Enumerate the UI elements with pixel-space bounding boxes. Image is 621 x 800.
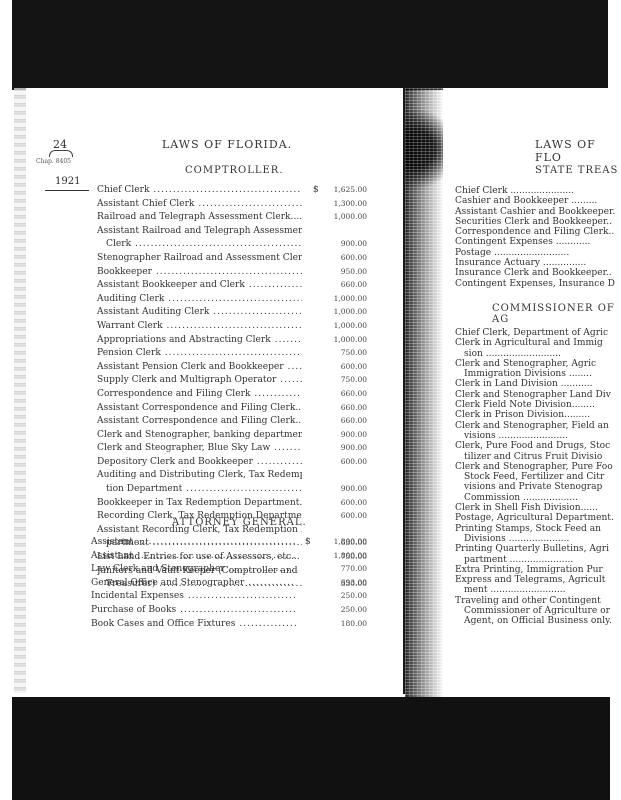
- entry-amount: 660.00: [341, 389, 367, 399]
- entry-label: Warrant Clerk: [97, 321, 302, 331]
- entry-amount: 900.00: [341, 430, 367, 440]
- entry-label: Express and Telegrams, Agricult: [455, 575, 605, 585]
- ledger-entry: Assistant Railroad and Telegraph Assessm…: [97, 226, 367, 240]
- ledger-entry: Cashier and Bookkeeper .........: [455, 196, 621, 206]
- entry-amount: 600.00: [341, 511, 367, 521]
- ledger-entry: Postage, Agricultural Department.: [455, 513, 621, 523]
- ledger-entry: Stenographer Railroad and Assessment Cle…: [97, 253, 367, 267]
- ledger-entry: Purchase of Books250.00: [91, 605, 367, 619]
- ledger-entry: Clerk and Stenographer, Pure Foo: [455, 462, 621, 472]
- ledger-entry-continuation: visions and Private Stenograp: [455, 482, 621, 492]
- ledger-entry: Railroad and Telegraph Assessment Clerk.…: [97, 212, 367, 226]
- entry-amount: 660.00: [341, 280, 367, 290]
- entry-label: Stenographer Railroad and Assessment Cle…: [97, 253, 302, 263]
- entry-amount: 600.00: [341, 253, 367, 263]
- ledger-entry: Contingent Expenses, Insurance D: [455, 279, 621, 289]
- ledger-entry-continuation: Stock Feed, Fertilizer and Citr: [455, 472, 621, 482]
- ledger-entry: Assistant Pension Clerk and Bookkeeper60…: [97, 362, 367, 376]
- entry-label: ment ..........................: [464, 585, 566, 595]
- ledger-entry: Express and Telegrams, Agricult: [455, 575, 621, 585]
- entry-label: Incidental Expenses: [91, 591, 296, 601]
- ledger-entry-continuation: Clerk900.00: [97, 239, 367, 253]
- entry-label: Assistant Bookkeeper and Clerk: [97, 280, 302, 290]
- entry-label: Commission ...................: [464, 493, 578, 503]
- ledger-entry: Assistant$1,800.00: [91, 537, 367, 551]
- ledger-entry: Assistant Cashier and Bookkeeper.: [455, 207, 621, 217]
- ledger-entry-continuation: sion ..........................: [455, 349, 621, 359]
- ledger-entry: Clerk and Stenographer, Field an: [455, 421, 621, 431]
- entry-label: Correspondence and Filing Clerk: [97, 389, 302, 399]
- scan-edge-strip: [14, 88, 26, 693]
- entry-amount: 250.00: [341, 591, 367, 601]
- entry-label: Clerk in Land Division ...........: [455, 379, 593, 389]
- entry-amount: 600.00: [341, 498, 367, 508]
- entry-label: Cashier and Bookkeeper .........: [455, 196, 597, 206]
- entry-label: Clerk in Prison Division.........: [455, 410, 590, 420]
- ledger-entry: Assistant Correspondence and Filing Cler…: [97, 403, 367, 417]
- ledger-entry: Bookkeeper950.00: [97, 267, 367, 281]
- entry-label: Clerk and Stenographer Land Div: [455, 390, 611, 400]
- entry-label: Contingent Expenses ............: [455, 237, 590, 247]
- entry-label: Assistant: [91, 551, 296, 561]
- ledger-entry: Supply Clerk and Multigraph Operator750.…: [97, 375, 367, 389]
- year-note: 1921: [55, 176, 80, 187]
- entry-label: Assistant Correspondence and Filing Cler…: [97, 416, 302, 426]
- ledger-entry: Correspondence and Filing Clerk..: [455, 227, 621, 237]
- entry-amount: 660.00: [341, 416, 367, 426]
- ledger-entry: Appropriations and Abstracting Clerk1,00…: [97, 335, 367, 349]
- ledger-entry: Book Cases and Office Fixtures180.00: [91, 619, 367, 633]
- ledger-entry: Extra Printing, Immigration Pur: [455, 565, 621, 575]
- chapter-note: Chap. 8405: [36, 158, 71, 165]
- scan-border-top: [12, 0, 608, 90]
- entry-amount: 900.00: [341, 443, 367, 453]
- ledger-entry: Printing Stamps, Stock Feed an: [455, 524, 621, 534]
- entry-label: Appropriations and Abstracting Clerk: [97, 335, 302, 345]
- entry-amount: 1,800.00: [334, 537, 367, 547]
- ledger-entry: Insurance Actuary ...............: [455, 258, 621, 268]
- entry-label: Assistant: [91, 537, 296, 547]
- entry-amount: 180.00: [341, 619, 367, 629]
- running-head-right: LAWS OF FLO: [535, 138, 621, 164]
- ledger-entry: Clerk and Stenographer Land Div: [455, 390, 621, 400]
- ledger-entry: Assistant Auditing Clerk1,000.00: [97, 307, 367, 321]
- ledger-entry-continuation: Agent, on Official Business only.: [455, 616, 621, 626]
- entry-amount: 1,300.00: [334, 199, 367, 209]
- entry-amount: 250.00: [341, 605, 367, 615]
- ledger-entry: Clerk in Land Division ...........: [455, 379, 621, 389]
- entry-label: Assistant Chief Clerk: [97, 199, 302, 209]
- entry-label: Clerk in Shell Fish Division......: [455, 503, 598, 513]
- entry-label-continuation: tion Department: [106, 484, 302, 494]
- entry-label: Law Clerk and Stenographer: [91, 564, 296, 574]
- ledger-entry-continuation: ment ..........................: [455, 585, 621, 595]
- entry-amount: 1,000.00: [334, 294, 367, 304]
- entry-amount: 900.00: [341, 484, 367, 494]
- ledger-entry: Contingent Expenses ............: [455, 237, 621, 247]
- ledger-entry: Assistant Bookkeeper and Clerk660.00: [97, 280, 367, 294]
- entry-label: Securities Clerk and Bookkeeper..: [455, 217, 612, 227]
- entry-label: Extra Printing, Immigration Pur: [455, 565, 603, 575]
- entry-label: Insurance Actuary ...............: [455, 258, 586, 268]
- ledger-entry: Clerk in Shell Fish Division......: [455, 503, 621, 513]
- ledger-entry-continuation: tion Department900.00: [97, 484, 367, 498]
- entry-label: Auditing Clerk: [97, 294, 302, 304]
- entry-label: Insurance Clerk and Bookkeeper..: [455, 268, 612, 278]
- entry-label: Clerk, Pure Food and Drugs, Stoc: [455, 441, 610, 451]
- entry-label: Clerk and Stenographer, Pure Foo: [455, 462, 613, 472]
- ledger-entry: Printing Quarterly Bulletins, Agri: [455, 544, 621, 554]
- entry-label-continuation: Clerk: [106, 239, 302, 249]
- entry-amount: 1,000.00: [334, 212, 367, 222]
- scan-border-bottom: [12, 697, 610, 800]
- ledger-entry: Incidental Expenses250.00: [91, 591, 367, 605]
- ledger-entry: Auditing and Distributing Clerk, Tax Red…: [97, 470, 367, 484]
- section-heading-commissioner-agriculture: COMMISSIONER OF AG: [492, 303, 621, 325]
- ledger-entry-continuation: Divisions .....................: [455, 534, 621, 544]
- ledger-entry-continuation: tilizer and Citrus Fruit Divisio: [455, 452, 621, 462]
- entry-amount: 750.00: [341, 348, 367, 358]
- ledger-entry-continuation: partment ......................: [455, 555, 621, 565]
- entry-label: Assistant Pension Clerk and Bookkeeper: [97, 362, 302, 372]
- entry-label: Railroad and Telegraph Assessment Clerk.…: [97, 212, 302, 222]
- entry-amount: 600.00: [341, 457, 367, 467]
- entry-label: visions and Private Stenograp: [464, 482, 602, 492]
- ledger-entry-continuation: visions ........................: [455, 431, 621, 441]
- ledger-entry: Depository Clerk and Bookkeeper600.00: [97, 457, 367, 471]
- ledger-entry-continuation: Immigration Divisions ........: [455, 369, 621, 379]
- comptroller-entries: Chief Clerk$1,625.00Assistant Chief Cler…: [97, 185, 367, 593]
- entry-label: Contingent Expenses, Insurance D: [455, 279, 615, 289]
- ledger-entry: Assistant Chief Clerk1,300.00: [97, 199, 367, 213]
- ledger-entry: Clerk and Steographer, Blue Sky Law900.0…: [97, 443, 367, 457]
- entry-label: Printing Quarterly Bulletins, Agri: [455, 544, 609, 554]
- section-heading-attorney-general: ATTORNEY GENERAL.: [172, 517, 307, 528]
- entry-label: Clerk and Stenographer, Agric: [455, 359, 596, 369]
- ledger-entry-continuation: Commission ...................: [455, 493, 621, 503]
- ledger-entry-continuation: Commissioner of Agriculture or: [455, 606, 621, 616]
- entry-label: Bookkeeper: [97, 267, 302, 277]
- entry-label: Supply Clerk and Multigraph Operator: [97, 375, 302, 385]
- entry-label: Assistant Correspondence and Filing Cler…: [97, 403, 302, 413]
- entry-label: Correspondence and Filing Clerk..: [455, 227, 614, 237]
- ledger-entry: Postage ..........................: [455, 248, 621, 258]
- ledger-entry: Chief Clerk, Department of Agric: [455, 328, 621, 338]
- ledger-entry: Assistant1,800.00: [91, 551, 367, 565]
- entry-label: Clerk and Steographer, Blue Sky Law: [97, 443, 302, 453]
- entry-label: Auditing and Distributing Clerk, Tax Red…: [97, 470, 302, 480]
- agriculture-entries: Chief Clerk, Department of AgricClerk in…: [455, 328, 621, 627]
- ledger-entry: Clerk and Stenographer, Agric: [455, 359, 621, 369]
- ledger-entry: Auditing Clerk1,000.00: [97, 294, 367, 308]
- entry-label: Agent, on Official Business only.: [464, 616, 612, 626]
- ledger-entry: Clerk and Stenographer, banking departme…: [97, 430, 367, 444]
- book-gutter-shadow: [405, 88, 443, 698]
- ledger-entry: Pension Clerk750.00: [97, 348, 367, 362]
- entry-label: Chief Clerk: [97, 185, 302, 195]
- entry-amount: 600.00: [341, 362, 367, 372]
- ledger-entry: Chief Clerk ......................: [455, 186, 621, 196]
- ledger-entry: Chief Clerk$1,625.00: [97, 185, 367, 199]
- entry-label: Printing Stamps, Stock Feed an: [455, 524, 601, 534]
- running-head-left: LAWS OF FLORIDA.: [162, 138, 292, 151]
- entry-amount: 750.00: [341, 375, 367, 385]
- ledger-entry: Securities Clerk and Bookkeeper..: [455, 217, 621, 227]
- entry-label: Clerk and Stenographer, Field an: [455, 421, 609, 431]
- entry-label: Immigration Divisions ........: [464, 369, 592, 379]
- entry-label: Chief Clerk, Department of Agric: [455, 328, 608, 338]
- entry-label: General Office and Stenographer: [91, 578, 296, 588]
- entry-label: Assistant Cashier and Bookkeeper.: [455, 207, 615, 217]
- entry-label: Book Cases and Office Fixtures: [91, 619, 296, 629]
- entry-amount: 660.00: [341, 403, 367, 413]
- entry-amount: 1,625.00: [334, 185, 367, 195]
- ledger-entry: Clerk, Pure Food and Drugs, Stoc: [455, 441, 621, 451]
- entry-label: Bookkeeper in Tax Redemption Department.…: [97, 498, 302, 508]
- entry-label: Pension Clerk: [97, 348, 302, 358]
- dollar-sign: $: [313, 185, 319, 195]
- ledger-entry: Insurance Clerk and Bookkeeper..: [455, 268, 621, 278]
- section-heading-comptroller: COMPTROLLER.: [185, 165, 284, 176]
- entry-amount: 950.00: [341, 267, 367, 277]
- entry-amount: 900.00: [341, 239, 367, 249]
- ledger-entry: Law Clerk and Stenographer770.00: [91, 564, 367, 578]
- entry-label: Depository Clerk and Bookkeeper: [97, 457, 302, 467]
- ledger-entry: Correspondence and Filing Clerk660.00: [97, 389, 367, 403]
- entry-label: Clerk and Stenographer, banking departme…: [97, 430, 302, 440]
- entry-label: Stock Feed, Fertilizer and Citr: [464, 472, 604, 482]
- entry-label: sion ..........................: [464, 349, 561, 359]
- margin-rule: [45, 190, 89, 191]
- dollar-sign: $: [305, 537, 311, 547]
- entry-amount: 1,800.00: [334, 551, 367, 561]
- entry-label: Divisions .....................: [464, 534, 569, 544]
- entry-amount: 1,000.00: [334, 335, 367, 345]
- entry-amount: 770.00: [341, 564, 367, 574]
- entry-amount: 693.00: [341, 578, 367, 588]
- entry-label: partment ......................: [464, 555, 573, 565]
- ledger-entry: Clerk in Agricultural and Immig: [455, 338, 621, 348]
- entry-label: Clerk Field Note Division........: [455, 400, 595, 410]
- ledger-entry: General Office and Stenographer693.00: [91, 578, 367, 592]
- ledger-entry: Warrant Clerk1,000.00: [97, 321, 367, 335]
- entry-label: Postage ..........................: [455, 248, 569, 258]
- entry-label: visions ........................: [464, 431, 568, 441]
- attorney-general-entries: Assistant$1,800.00Assistant1,800.00Law C…: [91, 537, 367, 632]
- entry-amount: 1,000.00: [334, 321, 367, 331]
- entry-label: Traveling and other Contingent: [455, 596, 601, 606]
- entry-amount: 1,000.00: [334, 307, 367, 317]
- entry-label: Purchase of Books: [91, 605, 296, 615]
- entry-label: Commissioner of Agriculture or: [464, 606, 610, 616]
- entry-label: Postage, Agricultural Department.: [455, 513, 614, 523]
- entry-label: Assistant Auditing Clerk: [97, 307, 302, 317]
- ledger-entry: Clerk in Prison Division.........: [455, 410, 621, 420]
- ledger-entry: Assistant Correspondence and Filing Cler…: [97, 416, 367, 430]
- brace-icon: [49, 150, 73, 157]
- ledger-entry: Traveling and other Contingent: [455, 596, 621, 606]
- ledger-entry: Clerk Field Note Division........: [455, 400, 621, 410]
- entry-label: Clerk in Agricultural and Immig: [455, 338, 603, 348]
- state-treasurer-entries: Chief Clerk ......................Cashie…: [455, 186, 621, 289]
- entry-label: tilizer and Citrus Fruit Divisio: [464, 452, 602, 462]
- ledger-entry: Bookkeeper in Tax Redemption Department.…: [97, 498, 367, 512]
- entry-label: Chief Clerk ......................: [455, 186, 574, 196]
- entry-label: Assistant Railroad and Telegraph Assessm…: [97, 226, 302, 236]
- section-heading-state-treasurer: STATE TREAS: [535, 165, 618, 176]
